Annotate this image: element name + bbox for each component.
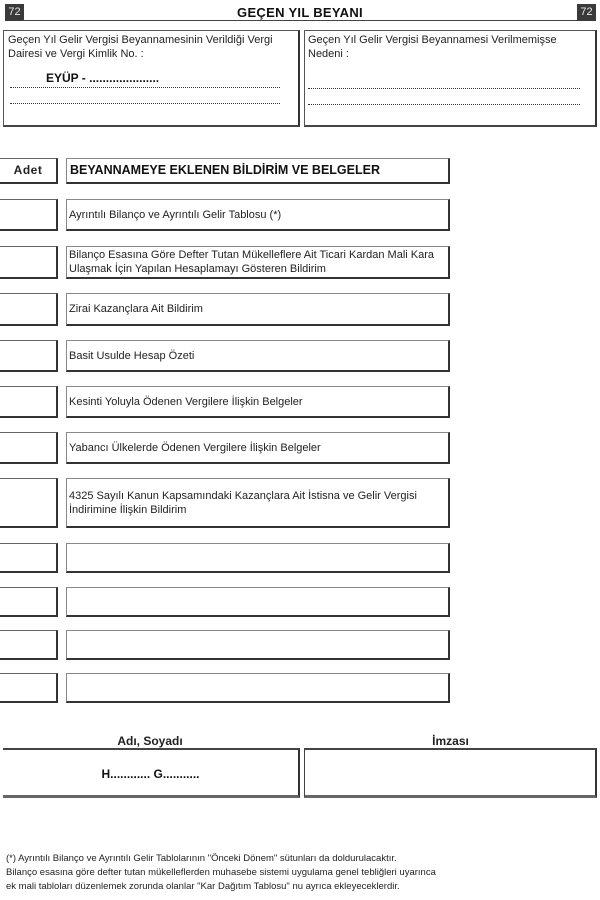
attachment-item[interactable]: Zirai Kazançlara Ait Bildirim bbox=[66, 293, 450, 326]
page-number-right: 72 bbox=[577, 4, 596, 21]
attachment-item[interactable]: Ayrıntılı Bilanço ve Ayrıntılı Gelir Tab… bbox=[66, 199, 450, 231]
attachment-item[interactable] bbox=[66, 587, 450, 617]
dotted-line bbox=[308, 88, 580, 89]
count-field[interactable] bbox=[0, 587, 58, 617]
name-field[interactable]: H............ G........... bbox=[3, 748, 300, 798]
dotted-line bbox=[308, 104, 580, 105]
previous-return-label: Geçen Yıl Gelir Vergisi Beyannamesinin V… bbox=[8, 33, 278, 61]
signature-label: İmzası bbox=[304, 734, 597, 748]
attachment-item-label: Basit Usulde Hesap Özeti bbox=[67, 349, 447, 363]
count-field[interactable] bbox=[0, 386, 58, 418]
footnote-line: ek mali tabloları düzenlemek zorunda ola… bbox=[6, 880, 506, 894]
count-field[interactable] bbox=[0, 673, 58, 703]
not-filed-reason-box: Geçen Yıl Gelir Vergisi Beyannamesi Veri… bbox=[304, 30, 597, 127]
attachment-item-label: Ayrıntılı Bilanço ve Ayrıntılı Gelir Tab… bbox=[67, 208, 447, 222]
count-field[interactable] bbox=[0, 543, 58, 573]
count-field[interactable] bbox=[0, 246, 58, 279]
attachment-item-label: Kesinti Yoluyla Ödenen Vergilere İlişkin… bbox=[67, 395, 447, 409]
attachment-item[interactable] bbox=[66, 543, 450, 573]
count-field[interactable] bbox=[0, 199, 58, 231]
footnotes: (*) Ayrıntılı Bilanço ve Ayrıntılı Gelir… bbox=[6, 852, 506, 894]
previous-return-box: Geçen Yıl Gelir Vergisi Beyannamesinin V… bbox=[3, 30, 300, 127]
count-field[interactable] bbox=[0, 630, 58, 660]
footnote-line: Bilanço esasına göre defter tutan mükell… bbox=[6, 866, 506, 880]
footnote-line: (*) Ayrıntılı Bilanço ve Ayrıntılı Gelir… bbox=[6, 852, 506, 866]
dotted-line bbox=[10, 87, 280, 88]
attachment-item-label: Yabancı Ülkelerde Ödenen Vergilere İlişk… bbox=[67, 441, 447, 455]
attachment-item[interactable]: 4325 Sayılı Kanun Kapsamındaki Kazançlar… bbox=[66, 478, 450, 528]
attachment-item[interactable] bbox=[66, 630, 450, 660]
attachments-title: BEYANNAMEYE EKLENEN BİLDİRİM VE BELGELER bbox=[67, 159, 448, 182]
count-field[interactable] bbox=[0, 432, 58, 464]
tax-office-field[interactable]: EYÜP - ..................... bbox=[46, 71, 159, 85]
attachment-item[interactable]: Bilanço Esasına Göre Defter Tutan Mükell… bbox=[66, 246, 450, 279]
count-field[interactable] bbox=[0, 340, 58, 372]
count-column-header: Adet bbox=[0, 158, 58, 184]
signature-field[interactable] bbox=[304, 748, 597, 798]
attachment-item[interactable]: Kesinti Yoluyla Ödenen Vergilere İlişkin… bbox=[66, 386, 450, 418]
name-label: Adı, Soyadı bbox=[0, 734, 300, 748]
not-filed-reason-field[interactable] bbox=[308, 69, 578, 105]
attachment-item[interactable]: Yabancı Ülkelerde Ödenen Vergilere İlişk… bbox=[66, 432, 450, 464]
attachment-item[interactable] bbox=[66, 673, 450, 703]
attachment-item-label: 4325 Sayılı Kanun Kapsamındaki Kazançlar… bbox=[67, 489, 447, 517]
attachment-item-label: Bilanço Esasına Göre Defter Tutan Mükell… bbox=[67, 248, 447, 276]
attachments-title-box: BEYANNAMEYE EKLENEN BİLDİRİM VE BELGELER bbox=[66, 158, 450, 184]
count-field[interactable] bbox=[0, 478, 58, 528]
name-value: H............ G........... bbox=[3, 750, 298, 798]
dotted-line bbox=[10, 103, 280, 104]
header-divider bbox=[22, 20, 578, 21]
attachment-item[interactable]: Basit Usulde Hesap Özeti bbox=[66, 340, 450, 372]
page-title: GEÇEN YIL BEYANI bbox=[0, 0, 600, 21]
count-header-label: Adet bbox=[0, 159, 56, 182]
attachment-item-label: Zirai Kazançlara Ait Bildirim bbox=[67, 302, 447, 316]
count-field[interactable] bbox=[0, 293, 58, 326]
not-filed-reason-label: Geçen Yıl Gelir Vergisi Beyannamesi Veri… bbox=[308, 33, 588, 61]
